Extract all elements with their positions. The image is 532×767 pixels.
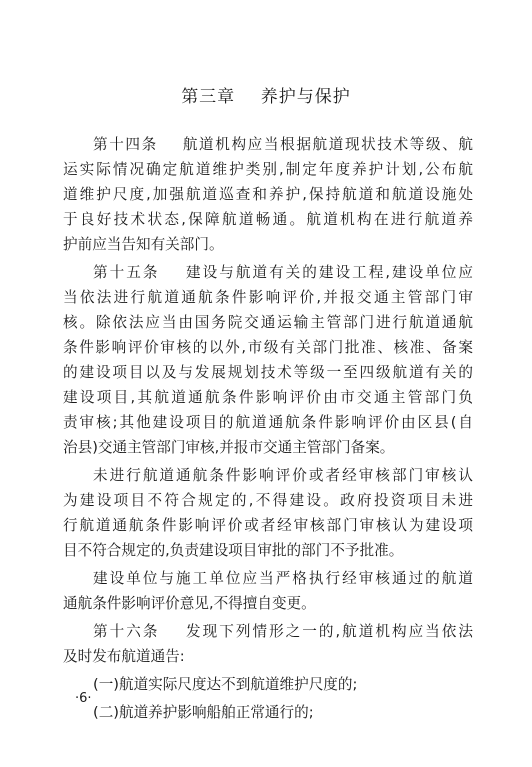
paragraph-construction-units: 建设单位与施工单位应当严格执行经审核通过的航道 通航条件影响评价意见,不得擅自变… bbox=[63, 566, 473, 616]
text-line: 当依法进行航道通航条件影响评价,并报交通主管部门审 bbox=[63, 285, 473, 310]
paragraph-article-16: 第十六条 发现下列情形之一的,航道机构应当依法 及时发布航道通告: bbox=[63, 619, 473, 669]
text-line: 行航道通航条件影响评价或者经审核部门审核认为建设项 bbox=[63, 513, 473, 538]
text-line: 责审核;其他建设项目的航道通航条件影响评价由区县(自 bbox=[63, 410, 473, 435]
text-line: 通航条件影响评价意见,不得擅自变更。 bbox=[63, 591, 473, 616]
text-line: 治县)交通主管部门审核,并报市交通主管部门备案。 bbox=[63, 435, 473, 460]
text-line: 道维护尺度,加强航道巡查和养护,保持航道和航道设施处 bbox=[63, 182, 473, 207]
text-line: 第十四条 航道机构应当根据航道现状技术等级、航 bbox=[63, 132, 473, 157]
text-line: 运实际情况确定航道维护类别,制定年度养护计划,公布航 bbox=[63, 157, 473, 182]
text-line: 于良好技术状态,保障航道畅通。航道机构在进行航道养 bbox=[63, 207, 473, 232]
text-line: (二)航道养护影响船舶正常通行的; bbox=[63, 700, 473, 725]
list-item-2: (二)航道养护影响船舶正常通行的; bbox=[63, 700, 473, 725]
text-line: 及时发布航道通告: bbox=[63, 644, 473, 669]
text-line: 的建设项目以及与发展规划技术等级一至四级航道有关的 bbox=[63, 360, 473, 385]
text-line: 护前应当告知有关部门。 bbox=[63, 232, 473, 257]
text-line: 第十六条 发现下列情形之一的,航道机构应当依法 bbox=[63, 619, 473, 644]
paragraph-unassessed-projects: 未进行航道通航条件影响评价或者经审核部门审核认 为建设项目不符合规定的,不得建设… bbox=[63, 463, 473, 563]
text-line: 条件影响评价审核的以外,市级有关部门批准、核准、备案 bbox=[63, 335, 473, 360]
text-line: 未进行航道通航条件影响评价或者经审核部门审核认 bbox=[63, 463, 473, 488]
text-line: 目不符合规定的,负责建设项目审批的部门不予批准。 bbox=[63, 538, 473, 563]
text-line: 为建设项目不符合规定的,不得建设。政府投资项目未进 bbox=[63, 488, 473, 513]
chapter-title: 第三章 养护与保护 bbox=[0, 82, 532, 107]
text-line: 建设单位与施工单位应当严格执行经审核通过的航道 bbox=[63, 566, 473, 591]
text-line: 核。除依法应当由国务院交通运输主管部门进行航道通航 bbox=[63, 310, 473, 335]
text-line: 第十五条 建设与航道有关的建设工程,建设单位应 bbox=[63, 260, 473, 285]
paragraph-article-14: 第十四条 航道机构应当根据航道现状技术等级、航 运实际情况确定航道维护类别,制定… bbox=[63, 132, 473, 257]
text-line: (一)航道实际尺度达不到航道维护尺度的; bbox=[63, 672, 473, 697]
text-line: 建设项目,其航道通航条件影响评价由市交通主管部门负 bbox=[63, 385, 473, 410]
list-item-1: (一)航道实际尺度达不到航道维护尺度的; bbox=[63, 672, 473, 697]
page-number: ·6· bbox=[75, 691, 92, 706]
document-body: 第十四条 航道机构应当根据航道现状技术等级、航 运实际情况确定航道维护类别,制定… bbox=[63, 132, 473, 725]
paragraph-article-15: 第十五条 建设与航道有关的建设工程,建设单位应 当依法进行航道通航条件影响评价,… bbox=[63, 260, 473, 460]
